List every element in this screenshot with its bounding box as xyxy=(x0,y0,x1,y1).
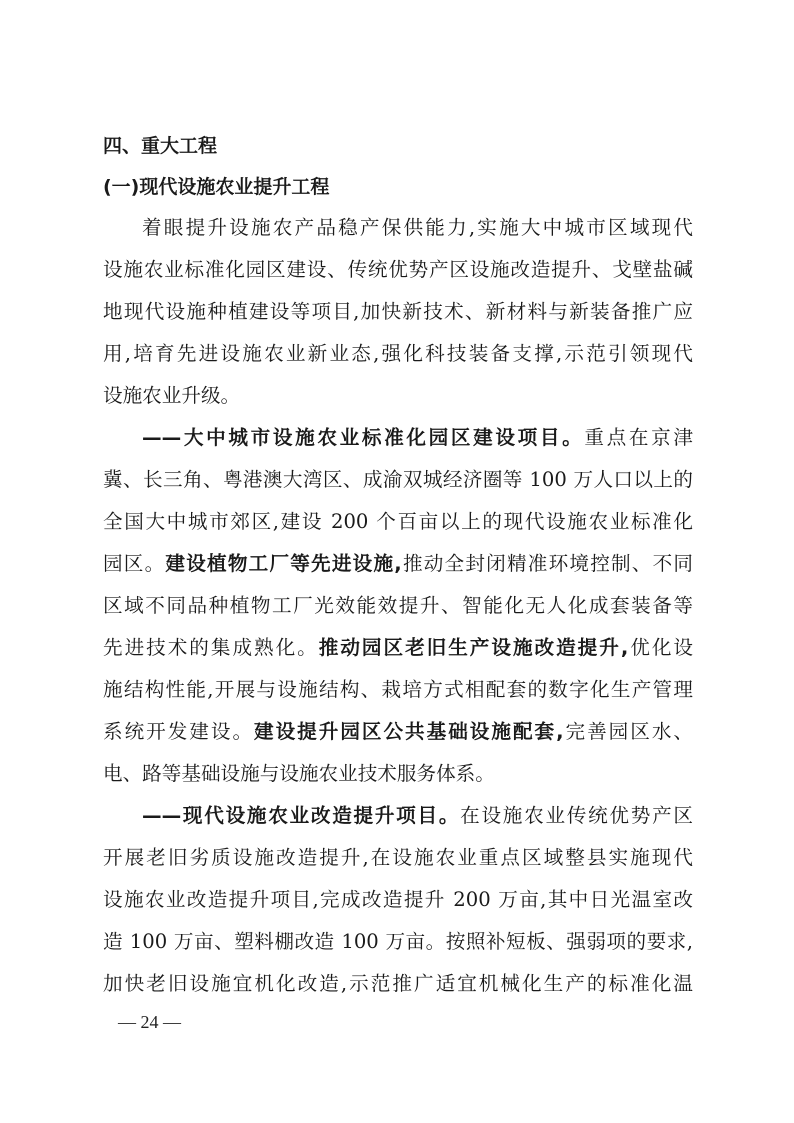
text-span: 推动全封闭精准环境控制、不同 xyxy=(402,552,693,575)
bold-phrase: 推动园区老旧生产设施改造提升, xyxy=(319,636,629,659)
text-span: 重点在京津 xyxy=(584,426,693,449)
paragraph-line: 施结构性能,开展与设施结构、栽培方式相配套的数字化生产管理 xyxy=(103,675,693,705)
paragraph-line: 用,培育先进设施农业新业态,强化科技装备支撑,示范引领现代 xyxy=(103,339,693,369)
paragraph-line: 造 100 万亩、塑料棚改造 100 万亩。按照补短板、强弱项的要求, xyxy=(103,927,693,957)
section-heading: 四、重大工程 xyxy=(103,131,693,161)
paragraph-line: 系统开发建设。建设提升园区公共基础设施配套,完善园区水、 xyxy=(103,717,693,747)
paragraph-line: 园区。建设植物工厂等先进设施,推动全封闭精准环境控制、不同 xyxy=(103,549,693,579)
text-span: 系统开发建设。 xyxy=(103,720,254,743)
paragraph-line: ——大中城市设施农业标准化园区建设项目。重点在京津 xyxy=(103,423,693,453)
paragraph-line: 冀、长三角、粤港澳大湾区、成渝双城经济圈等 100 万人口以上的 xyxy=(103,465,693,495)
paragraph-line: 电、路等基础设施与设施农业技术服务体系。 xyxy=(103,759,693,789)
bold-phrase: 建设植物工厂等先进设施, xyxy=(165,552,401,575)
paragraph-line: 先进技术的集成熟化。推动园区老旧生产设施改造提升,优化设 xyxy=(103,633,693,663)
bold-lead: ——现代设施农业改造提升项目。 xyxy=(142,804,460,827)
subsection-heading: (一)现代设施农业提升工程 xyxy=(103,172,693,202)
text-span: 园区。 xyxy=(103,552,165,575)
bold-lead: ——大中城市设施农业标准化园区建设项目。 xyxy=(142,426,584,449)
paragraph-line: 开展老旧劣质设施改造提升,在设施农业重点区域整县实施现代 xyxy=(103,843,693,873)
paragraph-line: 区域不同品种植物工厂光效能效提升、智能化无人化成套装备等 xyxy=(103,591,693,621)
paragraph-line: 全国大中城市郊区,建设 200 个百亩以上的现代设施农业标准化 xyxy=(103,507,693,537)
paragraph-line: ——现代设施农业改造提升项目。在设施农业传统优势产区 xyxy=(103,801,693,831)
text-span: 优化设 xyxy=(628,636,693,659)
paragraph-line: 设施农业改造提升项目,完成改造提升 200 万亩,其中日光温室改 xyxy=(103,885,693,915)
text-span: 在设施农业传统优势产区 xyxy=(460,804,693,827)
text-span: 先进技术的集成熟化。 xyxy=(103,636,319,659)
page-number: — 24 — xyxy=(118,1012,181,1033)
paragraph-line: 着眼提升设施农产品稳产保供能力,实施大中城市区域现代 xyxy=(103,213,693,243)
paragraph-line: 加快老旧设施宜机化改造,示范推广适宜机械化生产的标准化温 xyxy=(103,969,693,999)
bold-phrase: 建设提升园区公共基础设施配套, xyxy=(254,720,564,743)
paragraph-line: 设施农业标准化园区建设、传统优势产区设施改造提升、戈壁盐碱 xyxy=(103,255,693,285)
paragraph-line: 地现代设施种植建设等项目,加快新技术、新材料与新装备推广应 xyxy=(103,297,693,327)
paragraph-line: 设施农业升级。 xyxy=(103,381,693,411)
text-span: 完善园区水、 xyxy=(564,720,693,743)
